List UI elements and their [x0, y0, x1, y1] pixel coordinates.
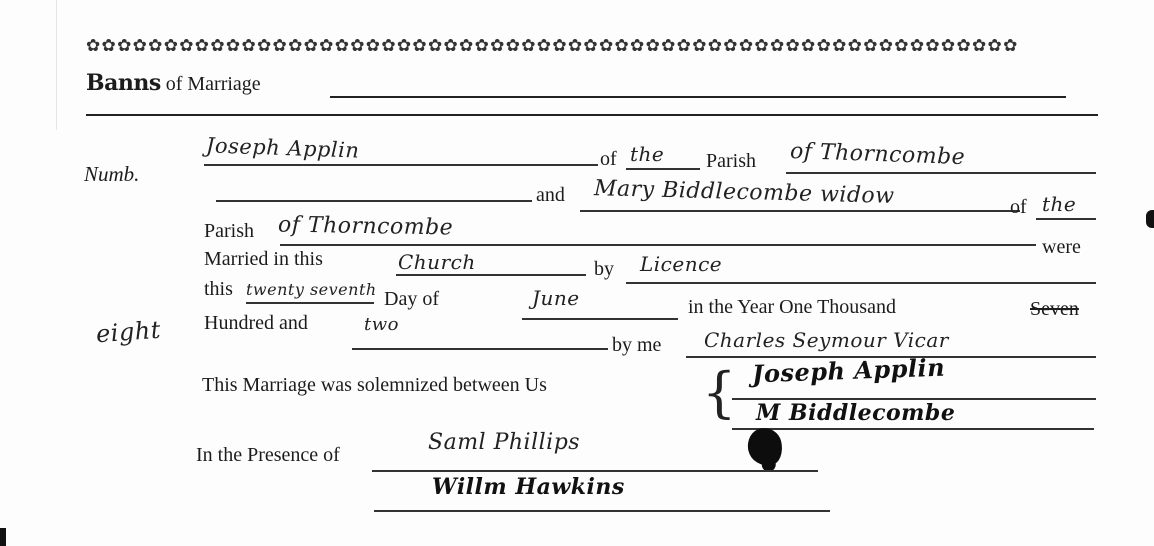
by-label: by: [594, 258, 614, 281]
ornamental-border: ✿✿✿✿✿✿✿✿✿✿✿✿✿✿✿✿✿✿✿✿✿✿✿✿✿✿✿✿✿✿✿✿✿✿✿✿✿✿✿✿…: [86, 36, 1098, 58]
number-label: Numb.: [84, 162, 139, 187]
day-line: [246, 302, 374, 304]
groom-parish-entry: of Thorncombe: [790, 139, 966, 170]
venue-entry: Church: [398, 250, 476, 274]
married-label: Married in this: [204, 248, 323, 271]
groom-name-line: [204, 164, 598, 166]
bride-signature: M Biddlecombe: [756, 400, 955, 426]
page-edge-mark: [0, 528, 6, 546]
of-label: of: [600, 148, 617, 171]
authority-entry: Licence: [640, 252, 722, 276]
parish-inline-label: Parish: [706, 150, 756, 173]
groom-signature: Joseph Applin: [752, 353, 946, 389]
title-banns: Banns: [86, 70, 161, 96]
form-title: Banns of Marriage: [86, 70, 261, 96]
margin-note: eight: [95, 316, 162, 348]
groom-residence-prefix: the: [630, 142, 664, 166]
header-rule: [86, 114, 1098, 116]
row2-blank-line: [216, 200, 532, 202]
solemnized-label: This Marriage was solemnized between Us: [202, 374, 547, 397]
bride-prefix-line: [1036, 218, 1096, 220]
century-struck: Seven: [1030, 298, 1079, 321]
witness-1-line: [372, 470, 818, 472]
bride-name-entry: Mary Biddlecombe widow: [594, 176, 895, 209]
year-label: in the Year One Thousand: [688, 296, 896, 319]
groom-name-entry: Joseph Applin: [206, 133, 360, 162]
this-label: this: [204, 278, 233, 301]
binding-mark: [1146, 210, 1154, 228]
authority-line: [626, 282, 1096, 284]
by-me-label: by me: [612, 334, 661, 357]
officiant-entry: Charles Seymour Vicar: [704, 328, 949, 352]
witness-2-line: [374, 510, 830, 512]
of-label-2: of: [1010, 196, 1027, 219]
bride-signature-line: [732, 428, 1094, 430]
parish-label: Parish: [204, 220, 254, 243]
page-edge-shadow: [56, 0, 57, 130]
were-label: were: [1042, 236, 1081, 259]
bride-residence-prefix: the: [1042, 192, 1076, 216]
bride-parish-line: [280, 244, 1036, 246]
ink-blot: [744, 425, 785, 469]
witness-2-entry: Willm Hawkins: [432, 474, 625, 500]
hundred-label: Hundred and: [204, 312, 308, 335]
groom-parish-line: [786, 172, 1096, 174]
and-label: and: [536, 184, 565, 207]
title-of-marriage: of Marriage: [166, 73, 261, 95]
year-suffix-entry: two: [364, 314, 399, 335]
venue-line: [396, 274, 586, 276]
title-rule: [330, 96, 1066, 98]
bride-name-line: [580, 210, 1020, 212]
groom-prefix-line: [626, 168, 700, 170]
year-suffix-line: [352, 348, 608, 350]
presence-label: In the Presence of: [196, 444, 340, 467]
brace: {: [702, 366, 736, 420]
month-entry: June: [532, 286, 580, 310]
bride-parish-entry: of Thorncombe: [278, 212, 454, 240]
day-of-label: Day of: [384, 288, 439, 311]
witness-1-entry: Saml Phillips: [428, 430, 580, 455]
day-entry: twenty seventh: [246, 280, 377, 299]
month-line: [522, 318, 678, 320]
